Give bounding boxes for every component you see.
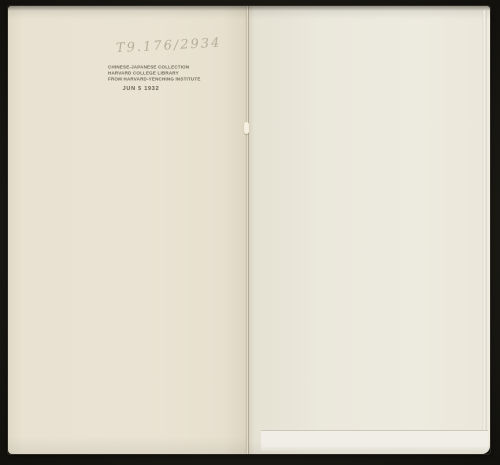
- stamp-date: JUN 5 1932: [108, 86, 174, 92]
- top-shadow: [8, 6, 490, 11]
- page-fore-edge: [482, 10, 487, 448]
- stamp-line-institute: FROM HARVARD-YENCHING INSTITUTE: [108, 76, 174, 82]
- book-gutter: [246, 6, 249, 454]
- library-stamp: CHINESE-JAPANESE COLLECTION HARVARD COLL…: [108, 64, 174, 92]
- right-page: [247, 6, 490, 454]
- open-book-spread: T9.176/2934 CHINESE-JAPANESE COLLECTION …: [8, 6, 490, 454]
- book-spread-scan: T9.176/2934 CHINESE-JAPANESE COLLECTION …: [0, 0, 500, 465]
- left-page: T9.176/2934 CHINESE-JAPANESE COLLECTION …: [8, 6, 247, 454]
- page-edge-band: [261, 430, 488, 451]
- paper-speck: [244, 122, 249, 134]
- handwritten-call-number: T9.176/2934: [116, 35, 237, 56]
